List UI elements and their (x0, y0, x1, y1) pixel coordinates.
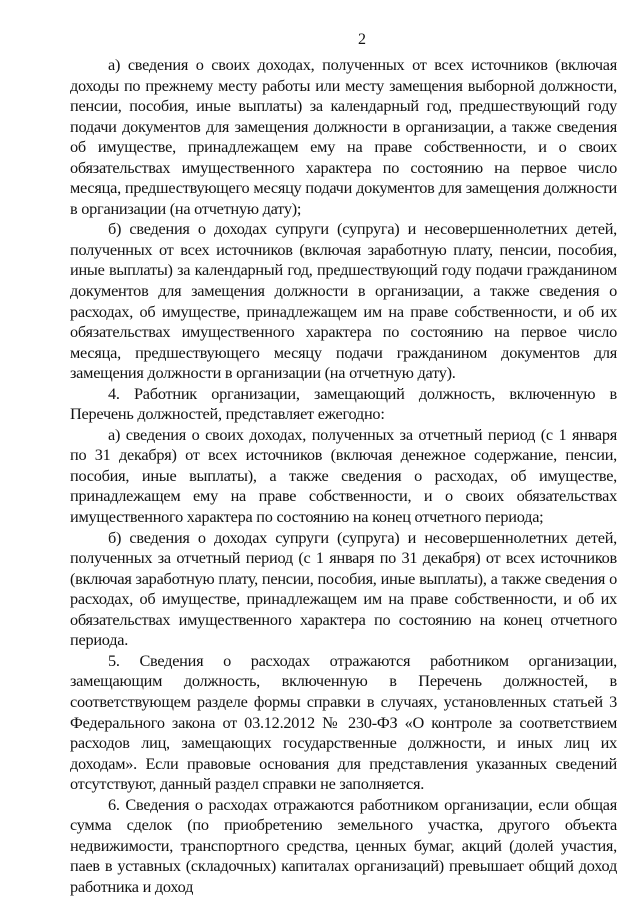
paragraph-6: 6. Сведения о расходах отражаются работн… (70, 795, 617, 898)
paragraph-3a: а) сведения о своих доходах, полученных … (70, 55, 617, 219)
document-body: а) сведения о своих доходах, полученных … (70, 55, 617, 897)
paragraph-4a: а) сведения о своих доходах, полученных … (70, 425, 617, 528)
paragraph-3b: б) сведения о доходах супруги (супруга) … (70, 219, 617, 383)
paragraph-4b: б) сведения о доходах супруги (супруга) … (70, 528, 617, 651)
paragraph-4: 4. Работник организации, замещающий долж… (70, 384, 617, 425)
page-number: 2 (0, 30, 640, 50)
paragraph-5: 5. Сведения о расходах отражаются работн… (70, 651, 617, 795)
